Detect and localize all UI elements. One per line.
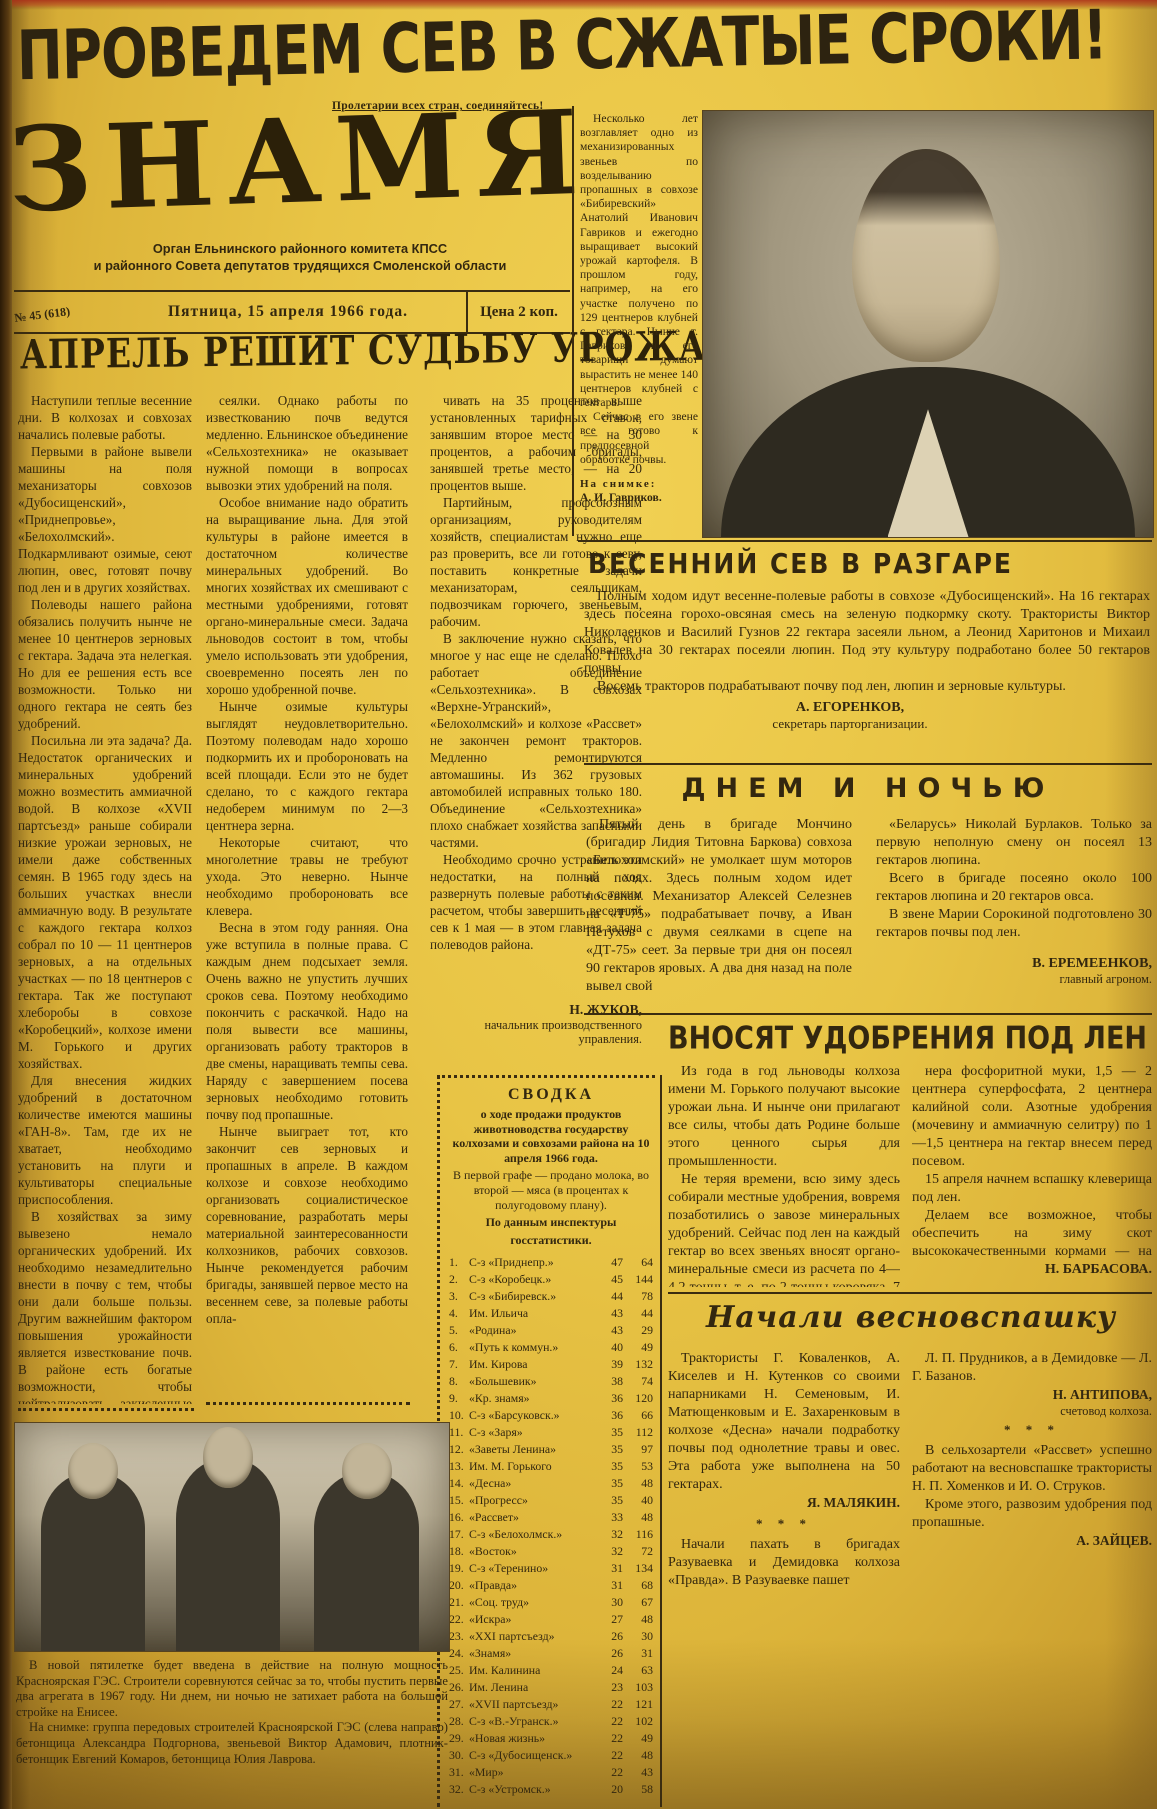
cell-n: 7. bbox=[449, 1356, 469, 1373]
cell-name: «Родина» bbox=[469, 1322, 599, 1339]
cell-n: 8. bbox=[449, 1373, 469, 1390]
table-row: 30.С-з «Дубосищенск.»2248 bbox=[449, 1747, 653, 1764]
fertilizer-col1: Из года в год льноводы колхоза имени М. … bbox=[668, 1063, 900, 1287]
paragraph: Весна в этом году ранняя. Она уже вступи… bbox=[206, 919, 408, 1123]
organ-line-1: Орган Ельнинского районного комитета КПС… bbox=[38, 240, 562, 257]
paragraph: Начали пахать в бригадах Разуваевка и Де… bbox=[668, 1536, 900, 1590]
cell-name: «XXI партсъезд» bbox=[469, 1628, 599, 1645]
cell-v1: 22 bbox=[599, 1764, 623, 1781]
cell-n: 17. bbox=[449, 1526, 469, 1543]
cell-v2: 97 bbox=[623, 1441, 653, 1458]
cell-v2: 49 bbox=[623, 1730, 653, 1747]
paragraph: В хозяйствах за зиму вывезено немало орг… bbox=[18, 1208, 192, 1404]
cell-v1: 22 bbox=[599, 1730, 623, 1747]
table-row: 3.С-з «Бибиревск.»4478 bbox=[449, 1288, 653, 1305]
lead-column-1: Наступили теплые весенние дни. В колхоза… bbox=[18, 392, 192, 1404]
cell-v1: 22 bbox=[599, 1696, 623, 1713]
table-row: 11.С-з «Заря»35112 bbox=[449, 1424, 653, 1441]
signature-role: начальник производственного управления. bbox=[430, 1018, 642, 1046]
signature-role: секретарь парторганизации. bbox=[640, 716, 1060, 732]
svodka-box: СВОДКА о ходе продажи продуктов животнов… bbox=[437, 1075, 655, 1807]
newspaper-page: ПРОВЕДЕМ СЕВ В СЖАТЫЕ СРОКИ! Пролетарии … bbox=[0, 0, 1157, 1809]
photo-figure-head bbox=[342, 1443, 392, 1499]
horizontal-rule bbox=[578, 540, 1152, 542]
cell-v1: 26 bbox=[599, 1645, 623, 1662]
ornament-divider bbox=[206, 1402, 410, 1405]
cell-v1: 30 bbox=[599, 1594, 623, 1611]
paragraph: Делаем все возможное, чтобы обеспечить н… bbox=[912, 1207, 1152, 1261]
cell-v1: 32 bbox=[599, 1543, 623, 1560]
paragraph: 15 апреля начнем вспашку клеверища под л… bbox=[912, 1171, 1152, 1207]
cell-v2: 68 bbox=[623, 1577, 653, 1594]
lead-article-title: АПРЕЛЬ РЕШИТ СУДЬБУ УРОЖАЯ bbox=[20, 326, 644, 374]
cell-name: «Новая жизнь» bbox=[469, 1730, 599, 1747]
plowing-col1-text2: Начали пахать в бригадах Разуваевка и Де… bbox=[668, 1536, 900, 1590]
table-row: 24.«Знамя»2631 bbox=[449, 1645, 653, 1662]
gavrikov-text: Несколько лет возглавляет одно из механи… bbox=[580, 112, 698, 467]
table-row: 4.Им. Ильича4344 bbox=[449, 1305, 653, 1322]
cell-n: 14. bbox=[449, 1475, 469, 1492]
cell-name: «Искра» bbox=[469, 1611, 599, 1628]
cell-v1: 35 bbox=[599, 1424, 623, 1441]
cell-name: Им. Ильича bbox=[469, 1305, 599, 1322]
photo-figure bbox=[41, 1473, 145, 1652]
cell-v1: 36 bbox=[599, 1407, 623, 1424]
photo-head bbox=[852, 149, 1001, 362]
cell-n: 26. bbox=[449, 1679, 469, 1696]
photo-figure-head bbox=[68, 1443, 118, 1499]
builders-photo-caption: В новой пятилетке будет введена в действ… bbox=[16, 1658, 448, 1800]
cell-name: С-з «Устромск.» bbox=[469, 1781, 599, 1798]
cell-v1: 24 bbox=[599, 1662, 623, 1679]
horizontal-rule bbox=[584, 1013, 1152, 1015]
table-row: 15.«Прогресс»3540 bbox=[449, 1492, 653, 1509]
cell-name: «Большевик» bbox=[469, 1373, 599, 1390]
cell-v1: 35 bbox=[599, 1441, 623, 1458]
paragraph: Нынче озимые культуры выглядят неудовлет… bbox=[206, 698, 408, 834]
table-row: 10.С-з «Барсуковск.»3666 bbox=[449, 1407, 653, 1424]
cell-v1: 35 bbox=[599, 1492, 623, 1509]
cell-name: С-з «Дубосищенск.» bbox=[469, 1747, 599, 1764]
cell-v1: 20 bbox=[599, 1781, 623, 1798]
cell-v2: 66 bbox=[623, 1407, 653, 1424]
cell-v2: 134 bbox=[623, 1560, 653, 1577]
signature-role: главный агроном. bbox=[876, 972, 1152, 986]
cell-v2: 53 bbox=[623, 1458, 653, 1475]
cell-name: «Восток» bbox=[469, 1543, 599, 1560]
cell-name: С-з «Бибиревск.» bbox=[469, 1288, 599, 1305]
plowing-col1-text: Трактористы Г. Коваленков, А. Киселев и … bbox=[668, 1350, 900, 1494]
table-row: 1.С-з «Приднепр.»4764 bbox=[449, 1254, 653, 1271]
horizontal-rule bbox=[584, 763, 1152, 765]
paragraph: Восемь тракторов подрабатывают почву под… bbox=[584, 678, 1150, 696]
cell-v2: 43 bbox=[623, 1764, 653, 1781]
cell-n: 1. bbox=[449, 1254, 469, 1271]
cell-v1: 47 bbox=[599, 1254, 623, 1271]
cell-name: С-з «В.-Угранск.» bbox=[469, 1713, 599, 1730]
table-row: 20.«Правда»3168 bbox=[449, 1577, 653, 1594]
paragraph: В новой пятилетке будет введена в действ… bbox=[16, 1658, 448, 1720]
table-row: 2.С-з «Коробецк.»45144 bbox=[449, 1271, 653, 1288]
table-row: 22.«Искра»2748 bbox=[449, 1611, 653, 1628]
cell-v2: 78 bbox=[623, 1288, 653, 1305]
paragraph: Наступили теплые весенние дни. В колхоза… bbox=[18, 392, 192, 443]
cell-v2: 112 bbox=[623, 1424, 653, 1441]
cell-name: С-з «Белохолмск.» bbox=[469, 1526, 599, 1543]
vertical-rule bbox=[660, 1075, 662, 1807]
table-row: 14.«Десна»3548 bbox=[449, 1475, 653, 1492]
cell-v2: 144 bbox=[623, 1271, 653, 1288]
lead-signature: Н. ЖУКОВ, начальник производственного уп… bbox=[430, 1002, 642, 1046]
cell-v2: 103 bbox=[623, 1679, 653, 1696]
paragraph: сеялки. Однако работы по известкованию п… bbox=[206, 392, 408, 494]
table-row: 13.Им. М. Горького3553 bbox=[449, 1458, 653, 1475]
cell-v2: 121 bbox=[623, 1696, 653, 1713]
cell-n: 9. bbox=[449, 1390, 469, 1407]
cell-name: «XVII партсъезд» bbox=[469, 1696, 599, 1713]
cell-v1: 43 bbox=[599, 1322, 623, 1339]
cell-v1: 44 bbox=[599, 1288, 623, 1305]
signature-name: Н. АНТИПОВА, bbox=[912, 1386, 1152, 1404]
cell-v2: 49 bbox=[623, 1339, 653, 1356]
spring-sowing-title: ВЕСЕННИЙ СЕВ В РАЗГАРЕ bbox=[588, 548, 1152, 580]
signature-role: счетовод колхоза. bbox=[912, 1404, 1152, 1418]
day-and-night-col1: Пятый день в бригаде Мончино (бригадир Л… bbox=[586, 816, 852, 1008]
cell-n: 16. bbox=[449, 1509, 469, 1526]
cell-n: 6. bbox=[449, 1339, 469, 1356]
paragraph: нера фосфоритной муки, 1,5 — 2 центнера … bbox=[912, 1063, 1152, 1171]
cell-v2: 72 bbox=[623, 1543, 653, 1560]
paragraph: Для внесения жидких удобрений в достаточ… bbox=[18, 1072, 192, 1208]
plowing-col2-text: Л. П. Прудников, а в Демидовке — Л. Г. Б… bbox=[912, 1350, 1152, 1386]
paragraph: Нынче выиграет тот, кто закончит сев зер… bbox=[206, 1123, 408, 1327]
cell-v2: 58 bbox=[623, 1781, 653, 1798]
paragraph: Посильна ли эта задача? Да. Недостаток о… bbox=[18, 732, 192, 1072]
table-row: 5.«Родина»4329 bbox=[449, 1322, 653, 1339]
cell-v1: 45 bbox=[599, 1271, 623, 1288]
lead-column-2: сеялки. Однако работы по известкованию п… bbox=[206, 392, 408, 1404]
signature-name: В. ЕРЕМЕЕНКОВ, bbox=[876, 956, 1152, 972]
cell-n: 10. bbox=[449, 1407, 469, 1424]
fertilizer-signature: Н. БАРБАСОВА. bbox=[912, 1262, 1152, 1278]
cell-name: Им. М. Горького bbox=[469, 1458, 599, 1475]
table-row: 21.«Соц. труд»3067 bbox=[449, 1594, 653, 1611]
table-row: 31.«Мир»2243 bbox=[449, 1764, 653, 1781]
table-row: 28.С-з «В.-Угранск.»22102 bbox=[449, 1713, 653, 1730]
table-row: 29.«Новая жизнь»2249 bbox=[449, 1730, 653, 1747]
paragraph: Сейчас в его звене все готово к предпосе… bbox=[580, 410, 698, 467]
signature-name: А. ЕГОРЕНКОВ, bbox=[640, 700, 1060, 716]
cell-v2: 67 bbox=[623, 1594, 653, 1611]
cell-v1: 38 bbox=[599, 1373, 623, 1390]
spring-sowing-body: Полным ходом идут весенне-полевые работы… bbox=[584, 588, 1150, 696]
photo-caption-label: На снимке: bbox=[580, 477, 698, 491]
cell-v1: 26 bbox=[599, 1628, 623, 1645]
svodka-table: 1.С-з «Приднепр.»47642.С-з «Коробецк.»45… bbox=[449, 1254, 653, 1798]
cell-n: 18. bbox=[449, 1543, 469, 1560]
cell-v1: 43 bbox=[599, 1305, 623, 1322]
signature-name: Я. МАЛЯКИН. bbox=[668, 1494, 900, 1512]
paragraph: На снимке: группа передовых строителей К… bbox=[16, 1720, 448, 1767]
cell-n: 19. bbox=[449, 1560, 469, 1577]
spring-signature: А. ЕГОРЕНКОВ, секретарь парторганизации. bbox=[640, 700, 1060, 732]
cell-n: 27. bbox=[449, 1696, 469, 1713]
table-row: 17.С-з «Белохолмск.»32116 bbox=[449, 1526, 653, 1543]
cell-name: «Прогресс» bbox=[469, 1492, 599, 1509]
cell-n: 13. bbox=[449, 1458, 469, 1475]
organ-line-2: и районного Совета депутатов трудящихся … bbox=[38, 257, 562, 274]
cell-name: Им. Калинина bbox=[469, 1662, 599, 1679]
organ-lines: Орган Ельнинского районного комитета КПС… bbox=[38, 240, 562, 275]
cell-n: 30. bbox=[449, 1747, 469, 1764]
cell-v1: 35 bbox=[599, 1458, 623, 1475]
plowing-col2: Л. П. Прудников, а в Демидовке — Л. Г. Б… bbox=[912, 1350, 1152, 1550]
cell-v2: 116 bbox=[623, 1526, 653, 1543]
portrait-photo-gavrikov bbox=[702, 110, 1154, 538]
table-row: 25.Им. Калинина2463 bbox=[449, 1662, 653, 1679]
svodka-source-1: По данным инспектуры bbox=[449, 1215, 653, 1230]
cell-v2: 64 bbox=[623, 1254, 653, 1271]
cell-n: 2. bbox=[449, 1271, 469, 1288]
cell-v2: 120 bbox=[623, 1390, 653, 1407]
cell-v1: 40 bbox=[599, 1339, 623, 1356]
cell-v2: 48 bbox=[623, 1747, 653, 1764]
newspaper-title: ЗНАМЯ bbox=[6, 93, 570, 232]
cell-name: С-з «Приднепр.» bbox=[469, 1254, 599, 1271]
paragraph: Трактористы Г. Коваленков, А. Киселев и … bbox=[668, 1350, 900, 1494]
cell-n: 12. bbox=[449, 1441, 469, 1458]
day-and-night-col2: «Беларусь» Николай Бурлаков. Только за п… bbox=[876, 816, 1152, 954]
table-row: 8.«Большевик»3874 bbox=[449, 1373, 653, 1390]
cell-n: 24. bbox=[449, 1645, 469, 1662]
paragraph: Несколько лет возглавляет одно из механи… bbox=[580, 112, 698, 410]
cell-v2: 40 bbox=[623, 1492, 653, 1509]
cell-n: 15. bbox=[449, 1492, 469, 1509]
svodka-title: СВОДКА bbox=[449, 1086, 653, 1104]
plowing-title: Начали весновспашку bbox=[706, 1300, 1152, 1335]
photo-caption-name: А. И. Гавриков. bbox=[580, 491, 698, 505]
cell-name: «Соц. труд» bbox=[469, 1594, 599, 1611]
cell-v2: 102 bbox=[623, 1713, 653, 1730]
ornament-divider bbox=[18, 1408, 194, 1411]
paragraph: В сельхозартели «Рассвет» успешно работа… bbox=[912, 1442, 1152, 1496]
cell-v2: 132 bbox=[623, 1356, 653, 1373]
gavrikov-article: Несколько лет возглавляет одно из механи… bbox=[580, 112, 698, 536]
cell-v2: 74 bbox=[623, 1373, 653, 1390]
cell-v2: 63 bbox=[623, 1662, 653, 1679]
cell-v1: 27 bbox=[599, 1611, 623, 1628]
cell-n: 22. bbox=[449, 1611, 469, 1628]
cell-name: «Кр. знамя» bbox=[469, 1390, 599, 1407]
builders-photo bbox=[14, 1422, 450, 1652]
paragraph: Первыми в районе вывели машины на поля м… bbox=[18, 443, 192, 596]
cell-n: 11. bbox=[449, 1424, 469, 1441]
cell-v2: 48 bbox=[623, 1611, 653, 1628]
stars-divider: * * * bbox=[912, 1421, 1152, 1439]
cell-v2: 30 bbox=[623, 1628, 653, 1645]
cell-n: 21. bbox=[449, 1594, 469, 1611]
cell-name: Им. Ленина bbox=[469, 1679, 599, 1696]
cell-v1: 35 bbox=[599, 1475, 623, 1492]
cell-name: «Десна» bbox=[469, 1475, 599, 1492]
plowing-col2-text2: В сельхозартели «Рассвет» успешно работа… bbox=[912, 1442, 1152, 1532]
cell-n: 3. bbox=[449, 1288, 469, 1305]
cell-n: 4. bbox=[449, 1305, 469, 1322]
cell-name: Им. Кирова bbox=[469, 1356, 599, 1373]
svodka-subtitle: о ходе продажи продуктов животноводства … bbox=[449, 1107, 653, 1165]
plowing-col1: Трактористы Г. Коваленков, А. Киселев и … bbox=[668, 1350, 900, 1590]
cell-v2: 44 bbox=[623, 1305, 653, 1322]
fertilizer-title: ВНОСЯТ УДОБРЕНИЯ ПОД ЛЕН bbox=[668, 1021, 1152, 1057]
cell-name: «Знамя» bbox=[469, 1645, 599, 1662]
cell-v2: 29 bbox=[623, 1322, 653, 1339]
cell-name: «Заветы Ленина» bbox=[469, 1441, 599, 1458]
banner-headline: ПРОВЕДЕМ СЕВ В СЖАТЫЕ СРОКИ! bbox=[16, 0, 1047, 95]
paragraph: Всего в бригаде посеяно около 100 гектар… bbox=[876, 870, 1152, 906]
cell-n: 23. bbox=[449, 1628, 469, 1645]
cell-name: «Путь к коммун.» bbox=[469, 1339, 599, 1356]
cell-n: 31. bbox=[449, 1764, 469, 1781]
paragraph: Не теряя времени, всю зиму здесь собирал… bbox=[668, 1171, 900, 1287]
horizontal-rule bbox=[668, 1292, 1152, 1294]
paragraph: Пятый день в бригаде Мончино (бригадир Л… bbox=[586, 816, 852, 996]
cell-n: 5. bbox=[449, 1322, 469, 1339]
cell-n: 29. bbox=[449, 1730, 469, 1747]
paragraph: В звене Марии Сорокиной подготовлено 30 … bbox=[876, 906, 1152, 942]
cell-v1: 32 bbox=[599, 1526, 623, 1543]
table-row: 6.«Путь к коммун.»4049 bbox=[449, 1339, 653, 1356]
table-row: 19.С-з «Теренино»31134 bbox=[449, 1560, 653, 1577]
table-row: 7.Им. Кирова39132 bbox=[449, 1356, 653, 1373]
cell-n: 25. bbox=[449, 1662, 469, 1679]
cell-name: С-з «Теренино» bbox=[469, 1560, 599, 1577]
cell-v1: 36 bbox=[599, 1390, 623, 1407]
cell-v1: 31 bbox=[599, 1577, 623, 1594]
photo-figure-head bbox=[203, 1427, 253, 1487]
day-and-night-title: ДНЕМ И НОЧЬЮ bbox=[584, 773, 1152, 804]
cell-name: С-з «Барсуковск.» bbox=[469, 1407, 599, 1424]
cell-name: С-з «Заря» bbox=[469, 1424, 599, 1441]
cell-name: «Рассвет» bbox=[469, 1509, 599, 1526]
table-row: 26.Им. Ленина23103 bbox=[449, 1679, 653, 1696]
table-row: 23.«XXI партсъезд»2630 bbox=[449, 1628, 653, 1645]
cell-name: «Мир» bbox=[469, 1764, 599, 1781]
svodka-source-2: госстатистики. bbox=[449, 1233, 653, 1248]
fertilizer-col2: нера фосфоритной муки, 1,5 — 2 центнера … bbox=[912, 1063, 1152, 1261]
paragraph: Некоторые считают, что многолетние травы… bbox=[206, 834, 408, 919]
paragraph: Полеводы нашего района обязались получит… bbox=[18, 596, 192, 732]
cell-v2: 48 bbox=[623, 1475, 653, 1492]
cell-v1: 23 bbox=[599, 1679, 623, 1696]
paragraph: Особое внимание надо обратить на выращив… bbox=[206, 494, 408, 698]
cell-v1: 31 bbox=[599, 1560, 623, 1577]
cell-name: «Правда» bbox=[469, 1577, 599, 1594]
book-spine bbox=[0, 0, 12, 1809]
table-row: 18.«Восток»3272 bbox=[449, 1543, 653, 1560]
paragraph: Из года в год льноводы колхоза имени М. … bbox=[668, 1063, 900, 1171]
cell-v1: 22 bbox=[599, 1713, 623, 1730]
table-row: 9.«Кр. знамя»36120 bbox=[449, 1390, 653, 1407]
cell-v2: 31 bbox=[623, 1645, 653, 1662]
photo-figure bbox=[314, 1473, 418, 1652]
cell-v1: 39 bbox=[599, 1356, 623, 1373]
cell-v1: 22 bbox=[599, 1747, 623, 1764]
stars-divider: * * * bbox=[668, 1515, 900, 1533]
paragraph: Полным ходом идут весенне-полевые работы… bbox=[584, 588, 1150, 678]
cell-n: 32. bbox=[449, 1781, 469, 1798]
day-and-night-signature: В. ЕРЕМЕЕНКОВ, главный агроном. bbox=[876, 956, 1152, 986]
cell-n: 20. bbox=[449, 1577, 469, 1594]
paragraph: Кроме этого, развозим удобрения под проп… bbox=[912, 1496, 1152, 1532]
signature-name: А. ЗАЙЦЕВ. bbox=[912, 1532, 1152, 1550]
cell-name: С-з «Коробецк.» bbox=[469, 1271, 599, 1288]
table-row: 12.«Заветы Ленина»3597 bbox=[449, 1441, 653, 1458]
svodka-note: В первой графе — продано молока, во втор… bbox=[449, 1168, 653, 1212]
cell-n: 28. bbox=[449, 1713, 469, 1730]
table-row: 27.«XVII партсъезд»22121 bbox=[449, 1696, 653, 1713]
vertical-rule bbox=[572, 106, 574, 536]
cell-v2: 48 bbox=[623, 1509, 653, 1526]
paragraph: Л. П. Прудников, а в Демидовке — Л. Г. Б… bbox=[912, 1350, 1152, 1386]
table-row: 32.С-з «Устромск.»2058 bbox=[449, 1781, 653, 1798]
cell-v1: 33 bbox=[599, 1509, 623, 1526]
paragraph: «Беларусь» Николай Бурлаков. Только за п… bbox=[876, 816, 1152, 870]
photo-figure bbox=[176, 1459, 280, 1652]
table-row: 16.«Рассвет»3348 bbox=[449, 1509, 653, 1526]
